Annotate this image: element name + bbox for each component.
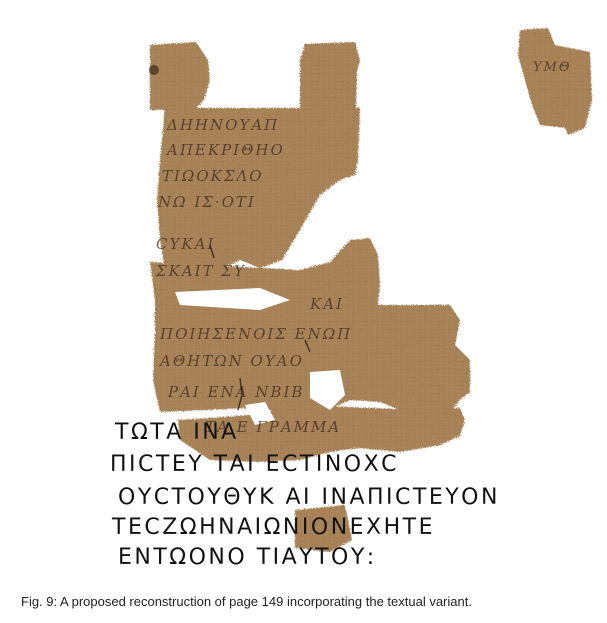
papyrus-line: ΝΩ ΙΣ·ΟΤΙ <box>158 193 256 211</box>
papyrus-line: ΡΑΙ ΕΝΑ ΝΒΙΒ <box>168 383 304 401</box>
reconstruction-line: ΕΝΤΩΟΝΟ ΤΙΑΥΤΟΥ: <box>118 545 377 570</box>
papyrus-figure: ΔΗΗΝΟΥΑΠ ΑΠΕΚΡΙΘΗΟ ΤΙΩΟΚΣΛΟ ΝΩ ΙΣ·ΟΤΙ ϹΥ… <box>0 0 607 570</box>
papyrus-line: ΠΟΙΗΣΕΝΟΙΣ ΕΝΩΠ <box>160 325 352 343</box>
papyrus-line: ΣΚΑΙΤ ΣΥ <box>156 262 246 280</box>
papyrus-line: ϹΥΚΑΙ <box>156 235 215 253</box>
papyrus-line: ΚΑΙ <box>310 295 344 313</box>
reconstruction-line: ΠΙCΤΕΥ ΤΑΙ ΕCΤΙΝΟΧC <box>110 452 399 477</box>
reconstruction-line: ΤΕCΖΩΗΝΑΙΩΝΙΟΝΕΧΗΤΕ <box>112 515 435 540</box>
papyrus-line: ΑΠΕΚΡΙΘΗΟ <box>167 141 285 159</box>
reconstruction-line: ΤΩΤΑ ΙΝΑ <box>115 420 239 445</box>
papyrus-line: ΤΙΩΟΚΣΛΟ <box>162 167 264 185</box>
figure-caption: Fig. 9: A proposed reconstruction of pag… <box>21 594 472 609</box>
papyrus-line: ΔΗΗΝΟΥΑΠ <box>167 116 279 134</box>
reconstruction-line: ΟΥCΤΟΥΘΥΚ ΑΙ ΙΝΑΠΙCΤΕΥΟΝ <box>118 485 500 510</box>
papyrus-line: ΑΘΗΤΩΝ ΟΥΑΟ <box>160 352 304 370</box>
right-fragment-text: ΥΜΘ <box>533 60 572 75</box>
